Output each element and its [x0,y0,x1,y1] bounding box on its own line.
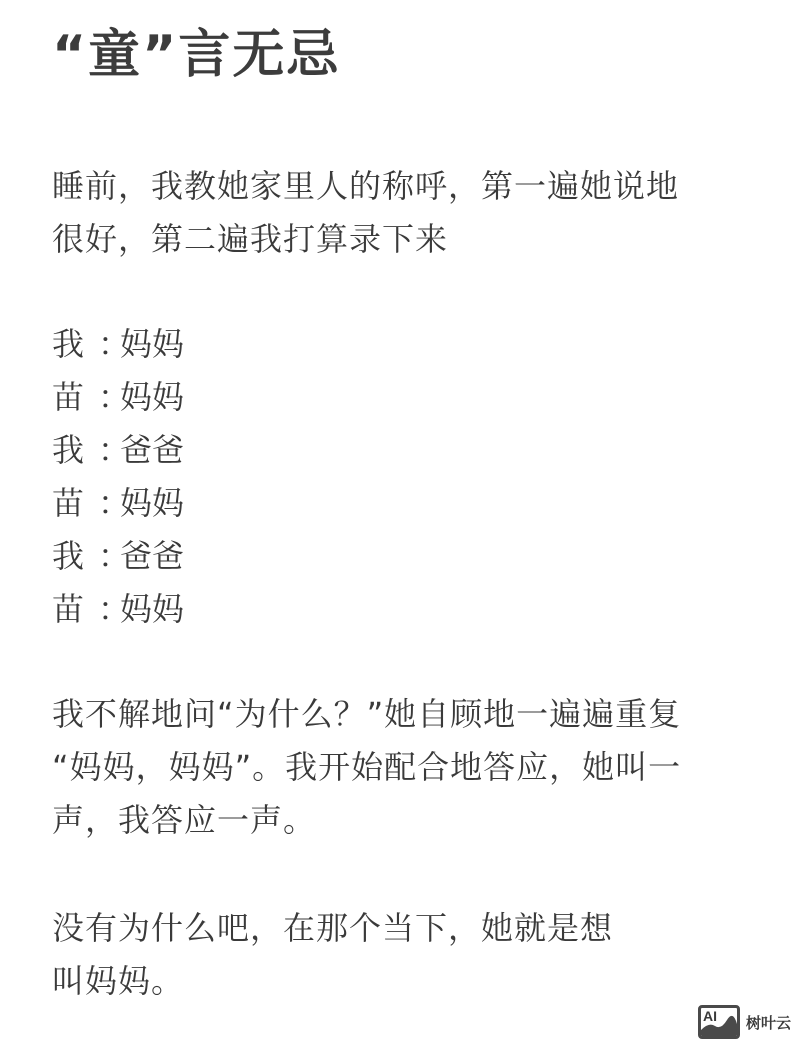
colon: ： [98,424,120,477]
dialog-list: 我：妈妈 苗：妈妈 我：爸爸 苗：妈妈 我：爸爸 苗：妈妈 [52,318,184,636]
paragraph-reaction: 我不解地问“为什么？”她自顾地一遍遍重复 “妈妈，妈妈”。我开始配合地答应，她叫… [52,688,681,847]
utterance: 妈妈 [120,325,184,363]
utterance: 妈妈 [120,484,184,522]
dialog-line: 我：妈妈 [52,318,184,371]
colon: ： [98,583,120,636]
text-line: 叫妈妈。 [52,955,613,1008]
dialog-line: 苗：妈妈 [52,371,184,424]
text-line: 很好，第二遍我打算录下来 [52,213,679,266]
utterance: 爸爸 [120,431,184,469]
watermark: AI 树叶云 [698,1005,791,1039]
text-line: 没有为什么吧，在那个当下，她就是想 [52,902,613,955]
utterance: 妈妈 [120,378,184,416]
ai-image-icon: AI [698,1005,740,1039]
watermark-text: 树叶云 [746,1012,791,1033]
utterance: 爸爸 [120,537,184,575]
paragraph-intro: 睡前，我教她家里人的称呼，第一遍她说地 很好，第二遍我打算录下来 [52,160,679,266]
speaker: 苗 [52,371,98,424]
text-line: 睡前，我教她家里人的称呼，第一遍她说地 [52,160,679,213]
text-line: 声，我答应一声。 [52,794,681,847]
utterance: 妈妈 [120,590,184,628]
speaker: 苗 [52,583,98,636]
colon: ： [98,371,120,424]
text-line: “妈妈，妈妈”。我开始配合地答应，她叫一 [52,741,681,794]
dialog-line: 我：爸爸 [52,530,184,583]
article-title: “童”言无忌 [52,20,340,90]
speaker: 我 [52,318,98,371]
colon: ： [98,477,120,530]
speaker: 我 [52,530,98,583]
colon: ： [98,318,120,371]
colon: ： [98,530,120,583]
dialog-line: 苗：妈妈 [52,477,184,530]
speaker: 苗 [52,477,98,530]
dialog-line: 苗：妈妈 [52,583,184,636]
dialog-line: 我：爸爸 [52,424,184,477]
speaker: 我 [52,424,98,477]
paragraph-conclusion: 没有为什么吧，在那个当下，她就是想 叫妈妈。 [52,902,613,1008]
text-line: 我不解地问“为什么？”她自顾地一遍遍重复 [52,688,681,741]
